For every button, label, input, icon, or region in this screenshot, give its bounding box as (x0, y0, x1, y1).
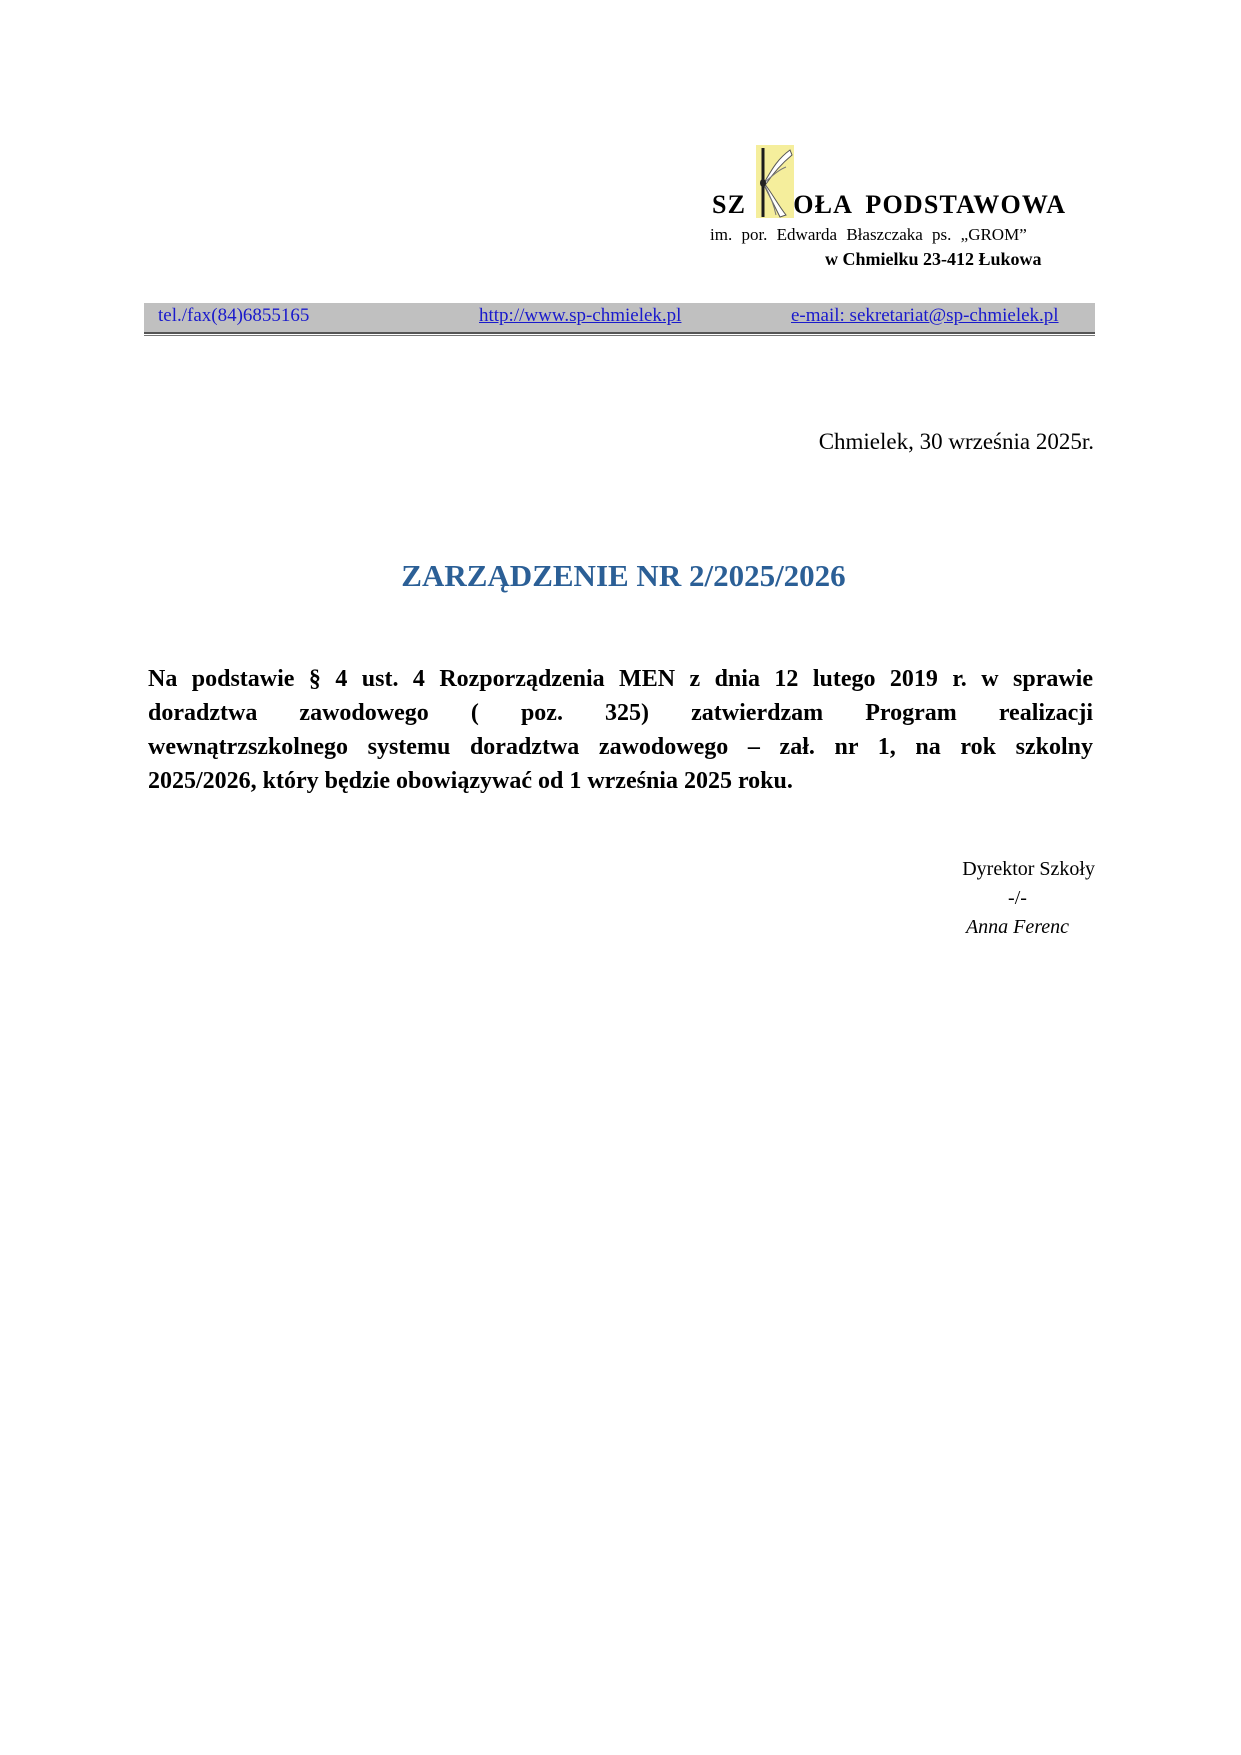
body-line: wewnątrzszkolnego systemu doradztwa zawo… (148, 730, 1093, 764)
school-name-prefix: SZ (712, 190, 746, 220)
document-body: Na podstawie § 4 ust. 4 Rozporządzenia M… (148, 662, 1093, 798)
divider (144, 335, 1095, 336)
email-link[interactable]: e-mail: sekretariat@sp-chmielek.pl (791, 305, 1059, 327)
signature-block: Dyrektor Szkoły -/- Anna Ferenc (930, 855, 1095, 942)
contact-phone: tel./fax(84)6855165 (158, 305, 309, 327)
divider (144, 332, 1095, 334)
website-link[interactable]: http://www.sp-chmielek.pl (479, 305, 681, 327)
body-line: Na podstawie § 4 ust. 4 Rozporządzenia M… (148, 662, 1093, 696)
document-date: Chmielek, 30 września 2025r. (819, 429, 1094, 455)
school-name-suffix: OŁA PODSTAWOWA (793, 190, 1066, 220)
body-line: doradztwa zawodowego ( poz. 325) zatwier… (148, 696, 1093, 730)
signature-name: Anna Ferenc (930, 913, 1095, 942)
document-title: ZARZĄDZENIE NR 2/2025/2026 (0, 558, 1241, 594)
body-line: 2025/2026, który będzie obowiązywać od 1… (148, 764, 1093, 798)
signature-role: Dyrektor Szkoły (930, 855, 1095, 884)
school-name: SZOŁA PODSTAWOWA (712, 190, 1066, 220)
signature-mark: -/- (930, 884, 1095, 913)
school-address: w Chmielku 23-412 Łukowa (825, 249, 1042, 270)
school-patron: im. por. Edwarda Błaszczaka ps. „GROM” (710, 225, 1027, 245)
